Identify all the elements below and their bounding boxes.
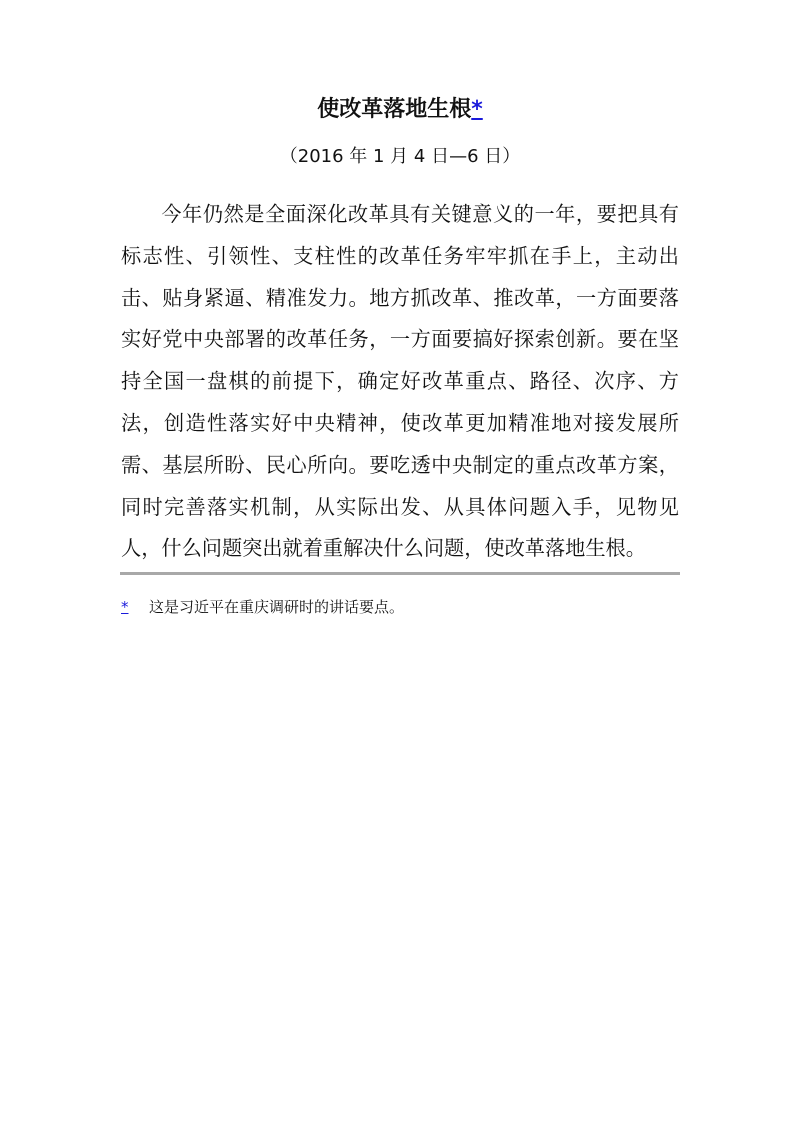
footnote-divider — [120, 572, 680, 575]
footnote-item: * 这是习近平在重庆调研时的讲话要点。 — [121, 596, 679, 618]
footnote-text: 这是习近平在重庆调研时的讲话要点。 — [149, 596, 404, 618]
footnote-backlink[interactable]: * — [121, 596, 149, 618]
title-text: 使改革落地生根 — [317, 97, 471, 122]
title-footnote-link[interactable]: * — [471, 97, 483, 122]
body-paragraph: 今年仍然是全面深化改革具有关键意义的一年，要把具有标志性、引领性、支柱性的改革任… — [121, 194, 679, 570]
document-date: （2016 年 1 月 4 日—6 日） — [121, 142, 679, 172]
document-title: 使改革落地生根* — [121, 94, 679, 126]
